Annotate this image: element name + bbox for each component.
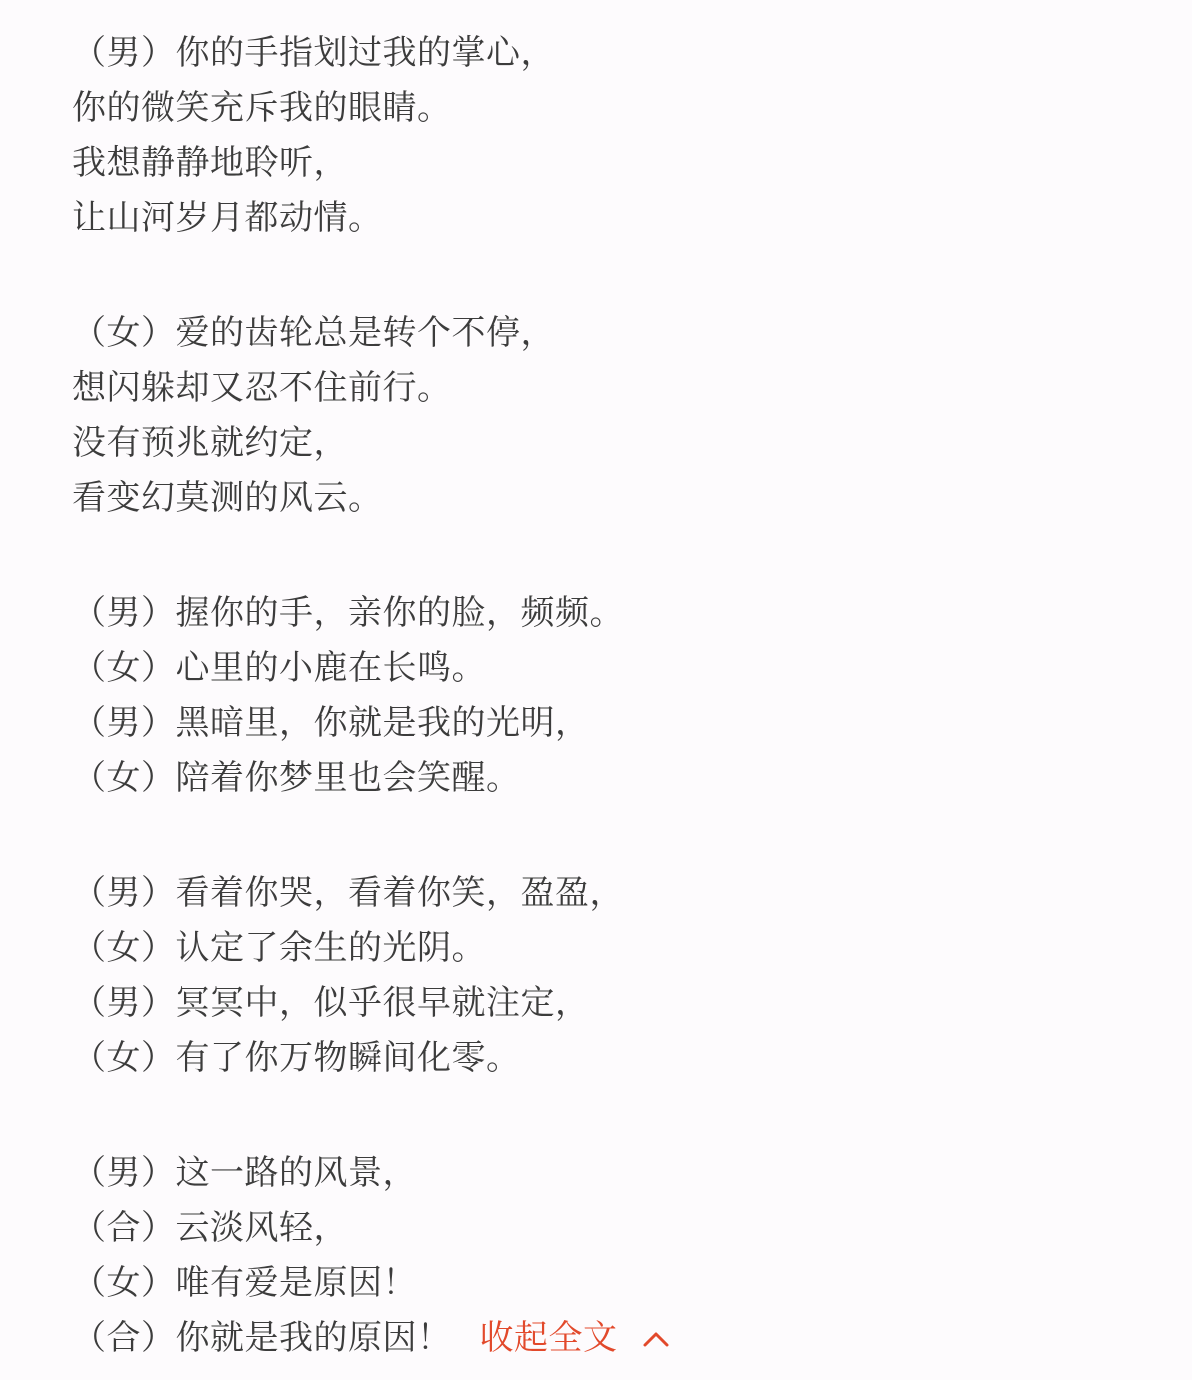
lyric-line: 没有预兆就约定， [72, 416, 1162, 471]
lyrics-panel: （男）你的手指划过我的掌心，你的微笑充斥我的眼睛。我想静静地聆听，让山河岁月都动… [0, 0, 1192, 1366]
lyric-line: （女）陪着你梦里也会笑醒。 [72, 751, 1162, 806]
lyric-line: （合）云淡风轻， [72, 1201, 1162, 1256]
lyric-line: 我想静静地聆听， [72, 136, 1162, 191]
lyric-stanza: （女）爱的齿轮总是转个不停，想闪躲却又忍不住前行。没有预兆就约定，看变幻莫测的风… [72, 306, 1162, 526]
lyric-stanza: （男）这一路的风景，（合）云淡风轻，（女）唯有爱是原因！ [72, 1146, 1162, 1311]
lyric-stanza: （男）你的手指划过我的掌心，你的微笑充斥我的眼睛。我想静静地聆听，让山河岁月都动… [72, 26, 1162, 246]
lyric-line: 让山河岁月都动情。 [72, 191, 1162, 246]
lyric-line: 你的微笑充斥我的眼睛。 [72, 81, 1162, 136]
collapse-link-label: 收起全文 [480, 1311, 618, 1366]
chevron-up-icon [642, 1330, 670, 1348]
lyric-line: （女）爱的齿轮总是转个不停， [72, 306, 1162, 361]
lyric-line: （男）冥冥中，似乎很早就注定， [72, 976, 1162, 1031]
lyric-line: （男）你的手指划过我的掌心， [72, 26, 1162, 81]
lyric-line-text: （合）你就是我的原因！ [72, 1311, 452, 1366]
lyric-final-line: （合）你就是我的原因！ 收起全文 [72, 1311, 1162, 1366]
lyric-line: （女）有了你万物瞬间化零。 [72, 1031, 1162, 1086]
lyric-line: （女）认定了余生的光阴。 [72, 921, 1162, 976]
lyric-line: （男）黑暗里，你就是我的光明， [72, 696, 1162, 751]
lyric-line: （男）这一路的风景， [72, 1146, 1162, 1201]
lyric-line: 看变幻莫测的风云。 [72, 471, 1162, 526]
lyric-line: （女）唯有爱是原因！ [72, 1256, 1162, 1311]
lyric-line: （男）看着你哭，看着你笑，盈盈， [72, 866, 1162, 921]
lyric-line: （男）握你的手，亲你的脸，频频。 [72, 586, 1162, 641]
lyric-line: （女）心里的小鹿在长鸣。 [72, 641, 1162, 696]
lyric-line: 想闪躲却又忍不住前行。 [72, 361, 1162, 416]
collapse-full-text-link[interactable]: 收起全文 [480, 1311, 670, 1366]
lyric-stanza: （男）看着你哭，看着你笑，盈盈，（女）认定了余生的光阴。（男）冥冥中，似乎很早就… [72, 866, 1162, 1086]
lyric-stanza: （男）握你的手，亲你的脸，频频。（女）心里的小鹿在长鸣。（男）黑暗里，你就是我的… [72, 586, 1162, 806]
lyrics-stanzas: （男）你的手指划过我的掌心，你的微笑充斥我的眼睛。我想静静地聆听，让山河岁月都动… [72, 26, 1162, 1311]
